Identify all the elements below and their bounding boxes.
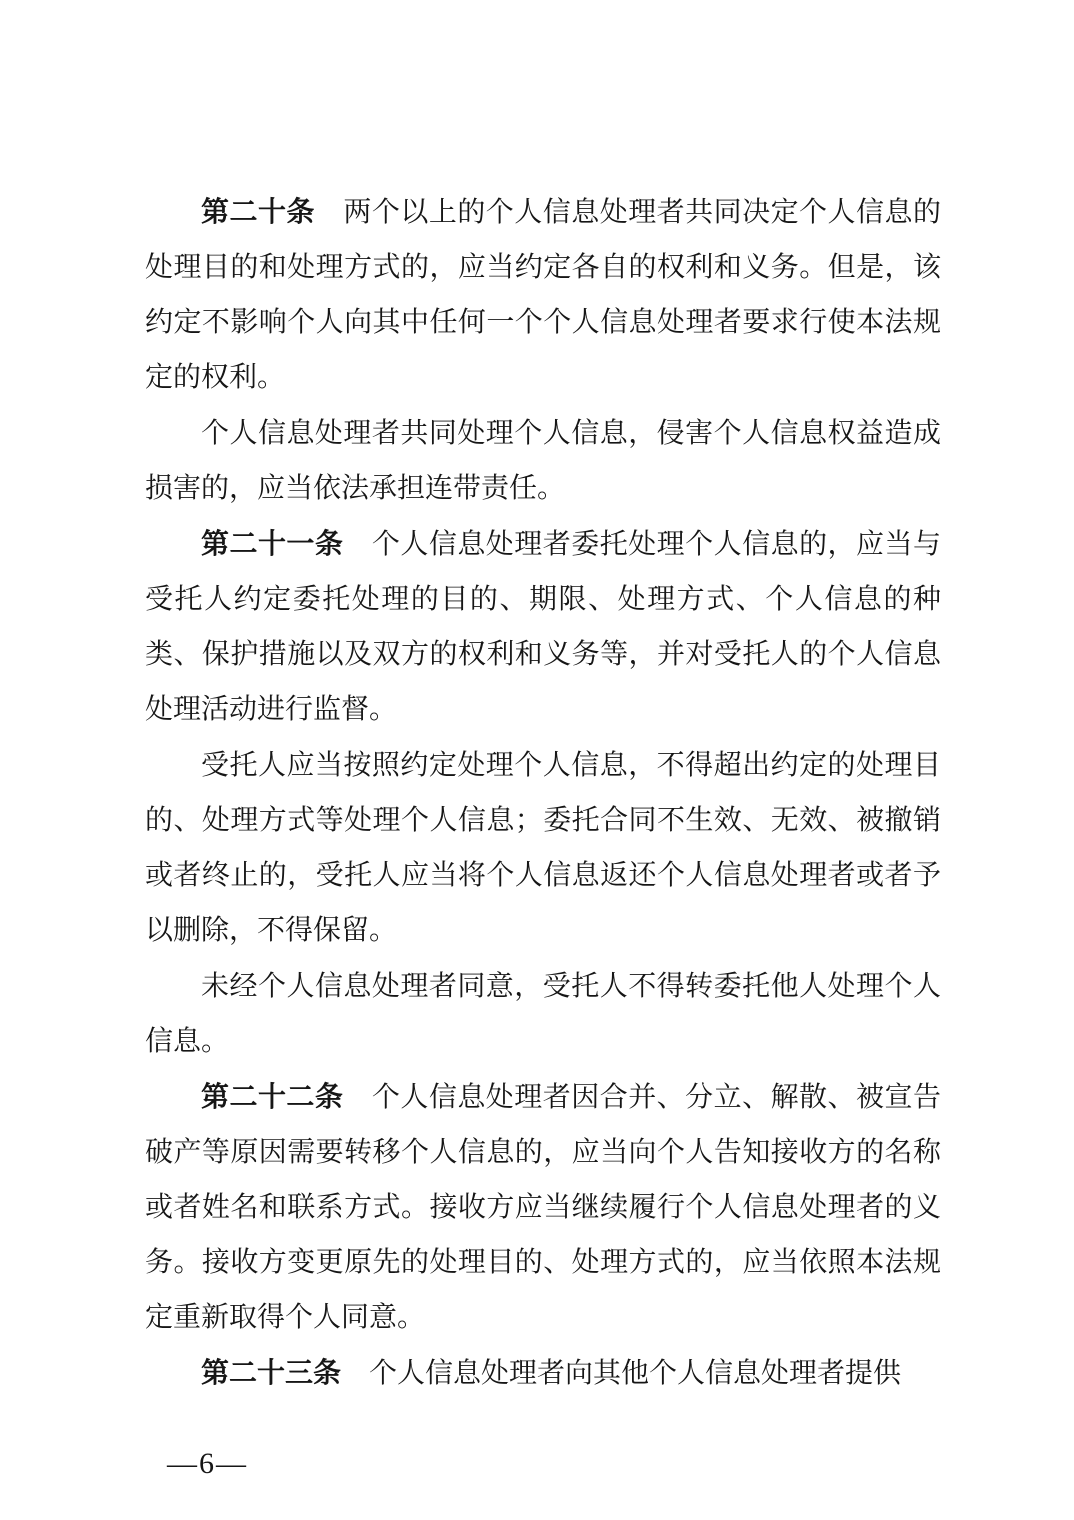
paragraph-article-21-clause-2: 受托人应当按照约定处理个人信息，不得超出约定的处理目的、处理方式等处理个人信息；…	[145, 737, 941, 958]
paragraph-article-22: 第二十二条个人信息处理者因合并、分立、解散、被宣告破产等原因需要转移个人信息的，…	[145, 1069, 941, 1345]
page-number: —6—	[167, 1444, 248, 1484]
paragraph-text: 个人信息处理者共同处理个人信息，侵害个人信息权益造成损害的，应当依法承担连带责任…	[145, 418, 941, 504]
paragraph-article-20-clause-2: 个人信息处理者共同处理个人信息，侵害个人信息权益造成损害的，应当依法承担连带责任…	[145, 405, 941, 516]
paragraph-article-20: 第二十条两个以上的个人信息处理者共同决定个人信息的处理目的和处理方式的，应当约定…	[145, 184, 941, 405]
paragraph-text: 受托人应当按照约定处理个人信息，不得超出约定的处理目的、处理方式等处理个人信息；…	[145, 750, 941, 946]
paragraph-text: 未经个人信息处理者同意，受托人不得转委托他人处理个人信息。	[145, 971, 941, 1057]
paragraph-text: 个人信息处理者向其他个人信息处理者提供	[369, 1358, 901, 1389]
article-20-number: 第二十条	[201, 196, 343, 227]
paragraph-text: 个人信息处理者因合并、分立、解散、被宣告破产等原因需要转移个人信息的，应当向个人…	[145, 1082, 941, 1333]
paragraph-article-23: 第二十三条个人信息处理者向其他个人信息处理者提供	[145, 1345, 941, 1401]
document-page: 第二十条两个以上的个人信息处理者共同决定个人信息的处理目的和处理方式的，应当约定…	[0, 0, 1074, 1520]
legal-text-body: 第二十条两个以上的个人信息处理者共同决定个人信息的处理目的和处理方式的，应当约定…	[145, 184, 941, 1401]
article-22-number: 第二十二条	[201, 1081, 372, 1112]
paragraph-article-21-clause-3: 未经个人信息处理者同意，受托人不得转委托他人处理个人信息。	[145, 958, 941, 1069]
article-21-number: 第二十一条	[201, 528, 372, 559]
paragraph-article-21: 第二十一条个人信息处理者委托处理个人信息的，应当与受托人约定委托处理的目的、期限…	[145, 516, 941, 737]
article-23-number: 第二十三条	[201, 1357, 369, 1388]
